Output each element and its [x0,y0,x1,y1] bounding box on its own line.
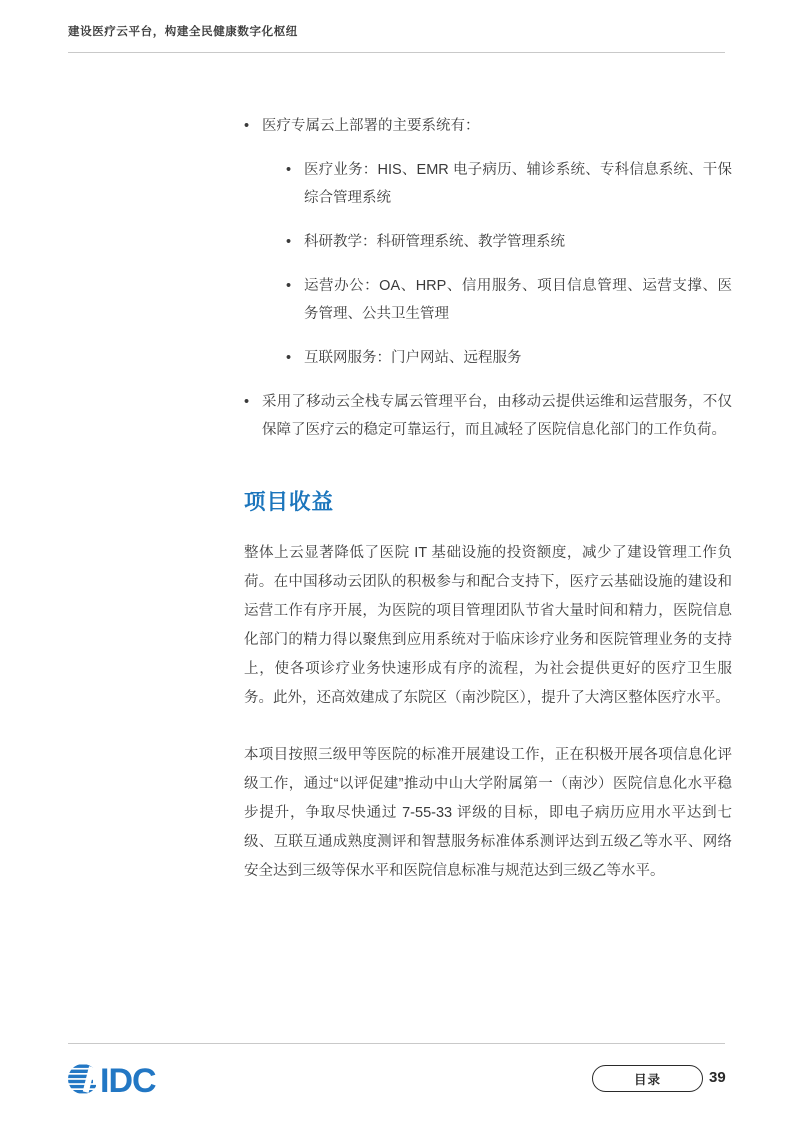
bullet-text: 采用了移动云全栈专属云管理平台，由移动云提供运维和运营服务，不仅保障了医疗云的稳… [262,394,732,438]
bullet-item: • 采用了移动云全栈专属云管理平台，由移动云提供运维和运营服务，不仅保障了医疗云… [244,388,732,444]
bullet-icon: • [286,228,291,256]
paragraph: 整体上云显著降低了医院 IT 基础设施的投资额度，减少了建设管理工作负荷。在中国… [244,539,732,713]
footer-divider [68,1043,725,1044]
sub-bullet-item: • 运营办公：OA、HRP、信用服务、项目信息管理、运营支撑、医务管理、公共卫生… [286,272,732,328]
sub-bullet-text: 医疗业务：HIS、EMR 电子病历、辅诊系统、专科信息系统、干保综合管理系统 [304,162,732,206]
sub-bullet-text: 科研教学：科研管理系统、教学管理系统 [304,234,565,250]
sub-bullet-item: • 科研教学：科研管理系统、教学管理系统 [286,228,732,256]
section-heading: 项目收益 [244,488,732,516]
idc-logo: IDC [66,1059,166,1099]
bullet-icon: • [286,272,291,300]
page-number: 39 [709,1069,726,1086]
sub-bullet-item: • 互联网服务：门户网站、远程服务 [286,344,732,372]
sub-bullet-list: • 医疗业务：HIS、EMR 电子病历、辅诊系统、专科信息系统、干保综合管理系统… [262,156,732,372]
bullet-item: • 医疗专属云上部署的主要系统有： • 医疗业务：HIS、EMR 电子病历、辅诊… [244,112,732,372]
bullet-icon: • [286,156,291,184]
main-content: • 医疗专属云上部署的主要系统有： • 医疗业务：HIS、EMR 电子病历、辅诊… [244,112,732,886]
bullet-icon: • [244,388,249,416]
sub-bullet-text: 互联网服务：门户网站、远程服务 [304,350,522,366]
header-divider [68,52,725,53]
sub-bullet-item: • 医疗业务：HIS、EMR 电子病历、辅诊系统、专科信息系统、干保综合管理系统 [286,156,732,212]
bullet-text: 医疗专属云上部署的主要系统有： [262,118,480,134]
toc-button[interactable]: 目录 [592,1065,703,1092]
idc-logo-icon: IDC [66,1059,166,1099]
sub-bullet-text: 运营办公：OA、HRP、信用服务、项目信息管理、运营支撑、医务管理、公共卫生管理 [304,278,732,322]
running-header: 建设医疗云平台，构建全民健康数字化枢纽 [68,23,298,39]
report-page: 建设医疗云平台，构建全民健康数字化枢纽 • 医疗专属云上部署的主要系统有： • … [0,0,793,1122]
bullet-icon: • [244,112,249,140]
bullet-icon: • [286,344,291,372]
svg-text:IDC: IDC [100,1062,156,1099]
paragraph: 本项目按照三级甲等医院的标准开展建设工作，正在积极开展各项信息化评级工作，通过“… [244,741,732,886]
